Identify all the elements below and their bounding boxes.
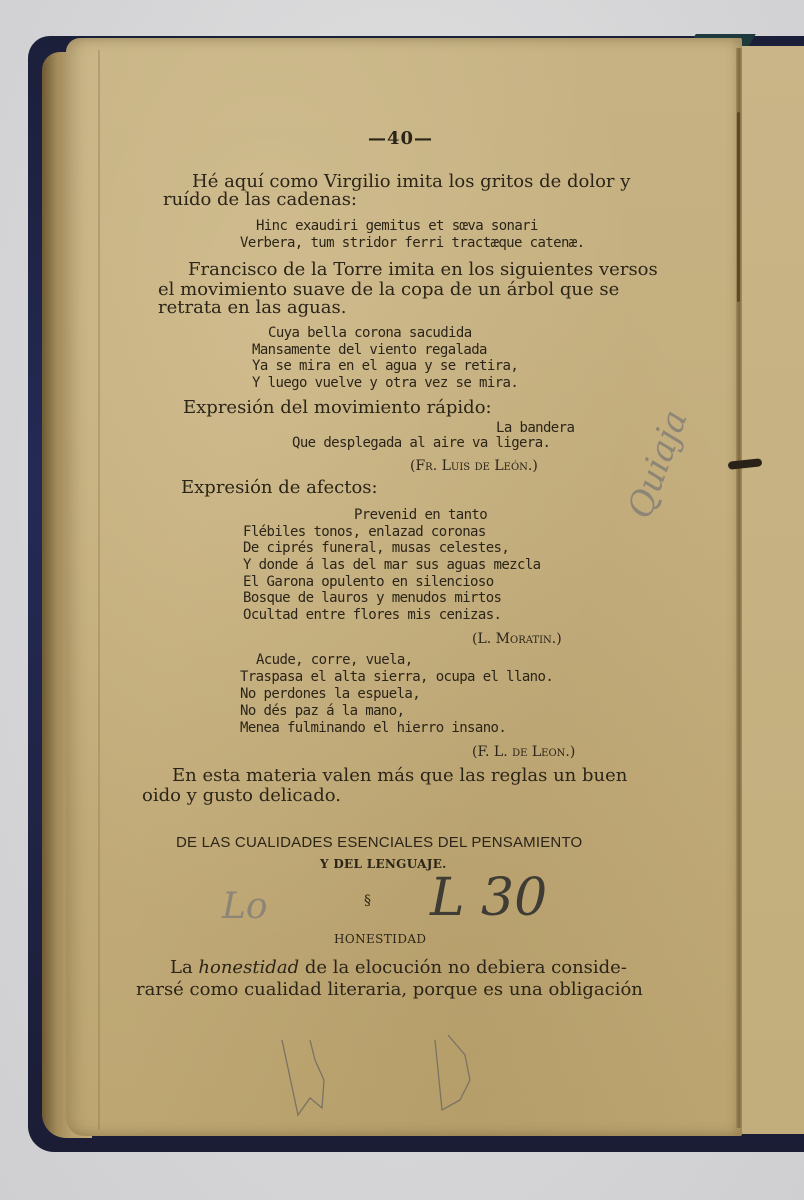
- text-segment: La: [170, 957, 198, 978]
- verse-line: Hinc exaudiri gemitus et sœva sonari: [256, 218, 538, 235]
- page-fold-line: [98, 50, 100, 1130]
- facing-page: [742, 46, 804, 1134]
- verse-line: Que desplegada al aire va ligera.: [292, 435, 550, 452]
- binding-stitch: [737, 112, 740, 302]
- verse-line: Mansamente del viento regalada: [252, 342, 487, 359]
- verse-line: Prevenid en tanto: [354, 507, 487, 524]
- section-heading-line-1: DE LAS CUALIDADES ESENCIALES DEL PENSAMI…: [176, 834, 582, 851]
- verse-line: Ya se mira en el agua y se retira,: [252, 358, 518, 375]
- paragraph-4-line-2: rarsé como cualidad literaria, porque es…: [136, 980, 643, 1000]
- paragraph-4-line-1: La honestidad de la elocución no debiera…: [170, 958, 627, 978]
- verse-line: Traspasa el alta sierra, ocupa el llano.: [240, 669, 553, 686]
- verse-line: Cuya bella corona sacudida: [268, 325, 472, 342]
- verse-line: El Garona opulento en silencioso: [243, 574, 494, 591]
- verse-line: Y donde á las del mar sus aguas mezcla: [243, 557, 541, 574]
- attribution: (F. L. de Leon.): [472, 744, 575, 760]
- verse-line: No dés paz á la mano,: [240, 703, 404, 720]
- verse-line: Flébiles tonos, enlazad coronas: [243, 524, 486, 541]
- verse-line: Menea fulminando el hierro insano.: [240, 720, 506, 737]
- section-mark: §: [364, 893, 371, 909]
- heading-affects: Expresión de afectos:: [181, 478, 378, 498]
- handwritten-note-right: L 30: [430, 868, 547, 928]
- subsection-title: HONESTIDAD: [334, 932, 426, 946]
- verse-line: De ciprés funeral, musas celestes,: [243, 540, 509, 557]
- verse-line: Y luego vuelve y otra vez se mira.: [252, 375, 518, 392]
- verse-line: Verbera, tum stridor ferri tractæque cat…: [240, 235, 584, 252]
- paragraph-1-line-2: ruído de las cadenas:: [163, 190, 357, 210]
- verse-line: No perdones la espuela,: [240, 686, 420, 703]
- text-segment: de la elocución no debiera conside-: [299, 957, 627, 978]
- paragraph-2-line-1: Francisco de la Torre imita en los sigui…: [188, 260, 658, 280]
- pencil-sketch-icon: [270, 1020, 510, 1120]
- handwritten-note-left: Lo: [222, 886, 268, 927]
- paragraph-3-line-1: En esta materia valen más que las reglas…: [172, 766, 627, 786]
- attribution: (Fr. Luis de León.): [410, 458, 538, 474]
- verse-line: Bosque de lauros y menudos mirtos: [243, 590, 501, 607]
- paragraph-3-line-2: oido y gusto delicado.: [142, 786, 341, 806]
- page-number: —40—: [368, 128, 433, 149]
- verse-line: Ocultad entre flores mis cenizas.: [243, 607, 501, 624]
- heading-rapid-movement: Expresión del movimiento rápido:: [183, 398, 492, 418]
- verse-line: Acude, corre, vuela,: [256, 652, 413, 669]
- section-heading-line-2: Y DEL LENGUAJE.: [320, 857, 447, 871]
- attribution: (L. Moratin.): [472, 631, 562, 647]
- paragraph-2-line-3: retrata en las aguas.: [158, 298, 346, 318]
- emphasized-term: honestidad: [198, 957, 299, 978]
